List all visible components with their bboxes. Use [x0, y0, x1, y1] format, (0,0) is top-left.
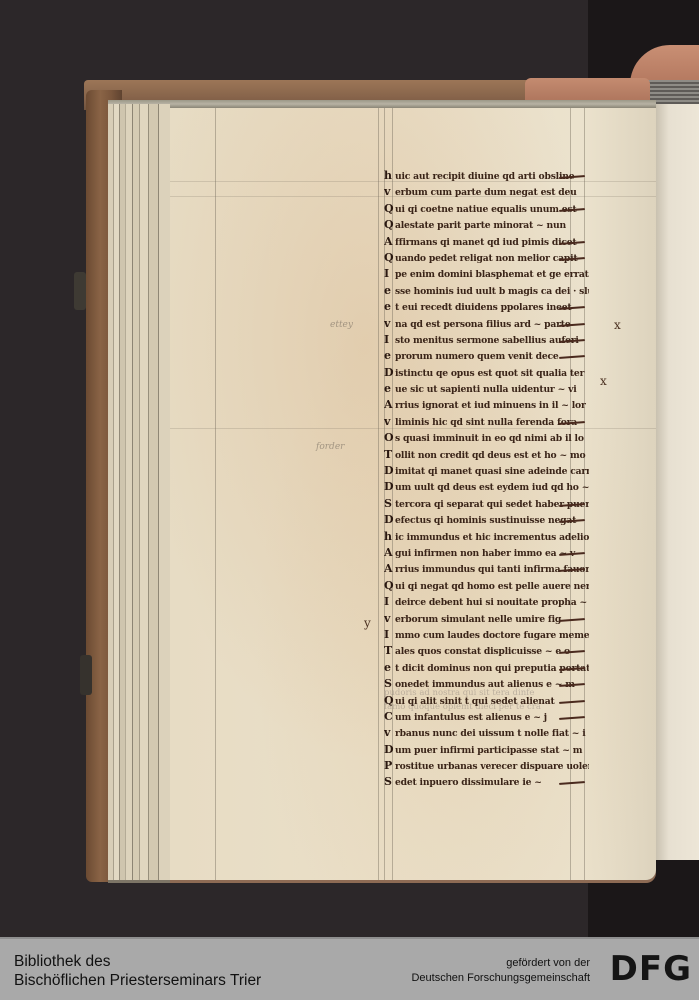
- dfg-logo: DFG: [610, 951, 692, 987]
- clasp-icon: [80, 655, 92, 695]
- line-initial: P: [384, 758, 395, 774]
- manuscript-line: esse hominis iud uult b magis ca dei · s…: [384, 283, 589, 299]
- manuscript-line: Arrius ignorat et iud minuens in il ~ lo…: [384, 397, 589, 413]
- manuscript-line: Ipe enim domini blasphemat et ge errat j…: [384, 266, 589, 282]
- line-text: uic aut recipit diuine qd arti obsline: [395, 171, 574, 182]
- line-text: liminis hic qd sint nulla ferenda fora: [395, 417, 577, 428]
- line-text: alestate parit parte minorat ~ nun: [395, 220, 566, 231]
- manuscript-line: Immo cum laudes doctore fugare memento: [384, 627, 589, 643]
- line-initial: v: [384, 725, 395, 741]
- line-text: deirce debent hui si nouitate propha ~ a: [395, 597, 589, 608]
- line-filler-stroke: [559, 716, 585, 720]
- manuscript-line: Prostitue urbanas verecer dispuare uolen…: [384, 758, 589, 774]
- manuscript-line: Stercora qi separat qui sedet haber puer…: [384, 496, 589, 512]
- line-initial: e: [384, 299, 395, 315]
- line-filler-stroke: [559, 782, 585, 786]
- manuscript-line: Defectus qi hominis sustinuisse negat: [384, 512, 589, 528]
- line-filler-stroke: [559, 355, 585, 359]
- manuscript-line: hic immundus et hic incrementus adeliom: [384, 529, 589, 545]
- line-initial: Q: [384, 201, 395, 217]
- manuscript-line: eprorum numero quem venit dece: [384, 348, 589, 364]
- funding-line-1: gefördert von der: [411, 956, 590, 971]
- line-text: rrius ignorat et iud minuens in il ~ lor: [395, 400, 586, 411]
- line-text: t eui recedt diuidens ppolares ineet: [395, 302, 571, 313]
- funding-line-2: Deutschen Forschungsgemeinschaft: [411, 971, 590, 986]
- line-initial: e: [384, 283, 395, 299]
- clasp-icon: [74, 272, 86, 310]
- line-initial: Q: [384, 217, 395, 233]
- manuscript-line: vrbanus nunc dei uissum t nolle fiat ~ i: [384, 725, 589, 741]
- line-text: s quasi imminuit in eo qd nimi ab il lo: [395, 433, 584, 444]
- line-initial: D: [384, 463, 395, 479]
- line-initial: e: [384, 660, 395, 676]
- line-initial: e: [384, 348, 395, 364]
- line-text: erborum simulant nelle umire fig: [395, 614, 561, 625]
- line-text: edet inpuero dissimulare ie ~: [395, 777, 542, 788]
- manuscript-line: Dum uult qd deus est eydem iud qd ho ~ p…: [384, 479, 589, 495]
- ruling-line-vertical: [378, 108, 379, 880]
- line-initial: A: [384, 561, 395, 577]
- leaf-stack: [108, 104, 170, 883]
- line-initial: D: [384, 365, 395, 381]
- line-text: rostitue urbanas verecer dispuare uolent…: [395, 761, 589, 772]
- line-text: ffirmans qi manet qd iud pimis dicet: [395, 237, 576, 248]
- manuscript-line: Dimitat qi manet quasi sine adeinde carn…: [384, 463, 589, 479]
- manuscript-line: vliminis hic qd sint nulla ferenda fora: [384, 414, 589, 430]
- line-initial: I: [384, 332, 395, 348]
- manuscript-line: verborum simulant nelle umire fig: [384, 611, 589, 627]
- manuscript-line: Qui qi negat qd homo est pelle auere ner…: [384, 578, 589, 594]
- manuscript-line: Isto menitus sermone sabellius auferi: [384, 332, 589, 348]
- margin-mark: x: [600, 374, 607, 388]
- line-initial: v: [384, 414, 395, 430]
- line-initial: Q: [384, 578, 395, 594]
- line-text: pe enim domini blasphemat et ge errat ji: [395, 269, 589, 280]
- margin-note: ettey: [330, 320, 353, 330]
- manuscript-line: Os quasi imminuit in eo qd nimi ab il lo: [384, 430, 589, 446]
- line-initial: S: [384, 496, 395, 512]
- manuscript-line: et dicit dominus non qui preputia portat: [384, 660, 589, 676]
- line-text: ui qi negat qd homo est pelle auere nero: [395, 581, 589, 592]
- line-text: uando pedet religat non melior capit: [395, 253, 577, 264]
- line-initial: v: [384, 611, 395, 627]
- line-initial: h: [384, 168, 395, 184]
- line-initial: e: [384, 381, 395, 397]
- line-text: na qd est persona filius ard ~ parte: [395, 319, 570, 330]
- manuscript-line: Affirmans qi manet qd iud pimis dicet: [384, 234, 589, 250]
- line-initial: I: [384, 627, 395, 643]
- manuscript-line: Tollit non credit qd deus est et ho ~ mo: [384, 447, 589, 463]
- bleed-through-text: pudoris ad nostra qui sit tera dinfe fam…: [384, 686, 584, 714]
- institution-line-1: Bibliothek des: [14, 952, 261, 971]
- manuscript-line: huic aut recipit diuine qd arti obsline: [384, 168, 589, 184]
- line-text: mmo cum laudes doctore fugare memento: [395, 630, 589, 641]
- margin-mark: y: [364, 616, 371, 630]
- line-text: ic immundus et hic incrementus adeliom: [395, 532, 589, 543]
- line-initial: D: [384, 479, 395, 495]
- manuscript-viewer: ettey forder y x x huic aut recipit diui…: [0, 0, 699, 937]
- funding-credit: gefördert von der Deutschen Forschungsge…: [411, 956, 590, 986]
- line-text: ue sic ut sapienti nulla uidentur ~ vi: [395, 384, 577, 395]
- line-text: um uult qd deus est eydem iud qd ho ~ ps: [395, 482, 589, 493]
- line-initial: S: [384, 774, 395, 790]
- line-text: imitat qi manet quasi sine adeinde carne: [395, 466, 589, 477]
- line-initial: T: [384, 447, 395, 463]
- line-text: erbum cum parte dum negat est deu: [395, 187, 577, 198]
- line-text: sto menitus sermone sabellius auferi: [395, 335, 579, 346]
- bleed-through-line: famo quoque oplemt dieci per te cra: [384, 700, 584, 714]
- line-initial: I: [384, 594, 395, 610]
- line-initial: h: [384, 529, 395, 545]
- footer-banner: Bibliothek des Bischöflichen Priestersem…: [0, 937, 699, 1000]
- bleed-through-line: pudoris ad nostra qui sit tera dinfe: [384, 686, 584, 700]
- line-text: ollit non credit qd deus est et ho ~ mo: [395, 450, 585, 461]
- line-initial: v: [384, 184, 395, 200]
- line-initial: O: [384, 430, 395, 446]
- manuscript-line: eue sic ut sapienti nulla uidentur ~ vi: [384, 381, 589, 397]
- margin-mark: x: [614, 318, 621, 332]
- line-text: efectus qi hominis sustinuisse negat: [395, 515, 576, 526]
- manuscript-line: Dum puer infirmi participasse stat ~ m: [384, 742, 589, 758]
- line-text: ales quos constat displicuisse ~ e o: [395, 646, 570, 657]
- line-text: prorum numero quem venit dece: [395, 351, 559, 362]
- facing-page-edge: [656, 104, 699, 860]
- line-filler-stroke: [559, 306, 585, 310]
- manuscript-line: Arrius immundus qui tanti infirma fauora…: [384, 561, 589, 577]
- line-initial: v: [384, 316, 395, 332]
- margin-note: forder: [316, 442, 344, 452]
- manuscript-line: verbum cum parte dum negat est deu: [384, 184, 589, 200]
- manuscript-line: Qalestate parit parte minorat ~ nun: [384, 217, 589, 233]
- institution-name: Bibliothek des Bischöflichen Priestersem…: [14, 952, 261, 990]
- line-text: um puer infirmi participasse stat ~ m: [395, 745, 582, 756]
- line-initial: D: [384, 512, 395, 528]
- line-initial: A: [384, 397, 395, 413]
- manuscript-line: Ideirce debent hui si nouitate propha ~ …: [384, 594, 589, 610]
- line-text: rbanus nunc dei uissum t nolle fiat ~ i: [395, 728, 586, 739]
- manuscript-line: Tales quos constat displicuisse ~ e o: [384, 643, 589, 659]
- manuscript-line: Sedet inpuero dissimulare ie ~: [384, 774, 589, 790]
- institution-line-2: Bischöflichen Priesterseminars Trier: [14, 971, 261, 990]
- line-filler-stroke: [559, 618, 585, 622]
- line-initial: A: [384, 545, 395, 561]
- manuscript-line: Agui infirmen non haber immo ea ~ v: [384, 545, 589, 561]
- line-text: gui infirmen non haber immo ea ~ v: [395, 548, 575, 559]
- manuscript-line: Qui qi coetne natiue equalis unum est: [384, 201, 589, 217]
- line-text: sse hominis iud uult b magis ca dei · sl…: [395, 286, 589, 297]
- line-text: istinctu qe opus est quot sit qualia ter: [395, 368, 584, 379]
- line-initial: I: [384, 266, 395, 282]
- manuscript-line: vna qd est persona filius ard ~ parte: [384, 316, 589, 332]
- manuscript-line: Quando pedet religat non melior capit: [384, 250, 589, 266]
- line-initial: A: [384, 234, 395, 250]
- line-initial: T: [384, 643, 395, 659]
- line-text: ui qi coetne natiue equalis unum est: [395, 204, 576, 215]
- line-initial: Q: [384, 250, 395, 266]
- manuscript-line: et eui recedt diuidens ppolares ineet: [384, 299, 589, 315]
- page-top-edge: [108, 100, 656, 108]
- ruling-line-vertical: [215, 108, 216, 880]
- line-initial: D: [384, 742, 395, 758]
- manuscript-line: Distinctu qe opus est quot sit qualia te…: [384, 365, 589, 381]
